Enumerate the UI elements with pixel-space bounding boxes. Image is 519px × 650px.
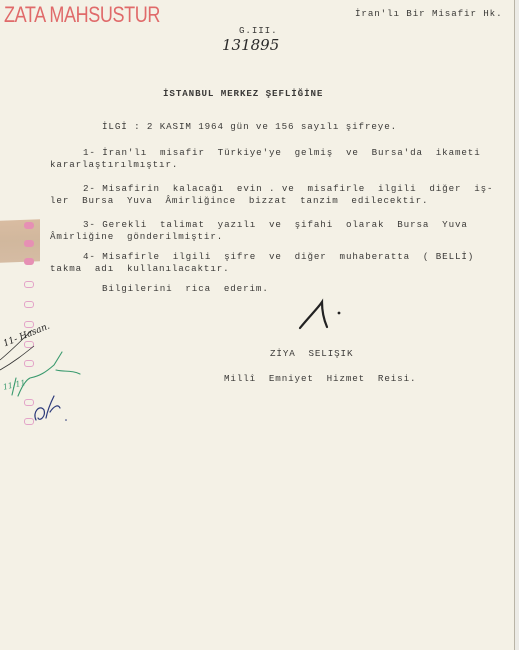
blue-initials: [35, 396, 60, 420]
signature-dot: [338, 312, 341, 315]
ink-annotations: [0, 0, 519, 650]
signature-stroke: [300, 302, 327, 328]
green-annotation: [12, 352, 80, 396]
